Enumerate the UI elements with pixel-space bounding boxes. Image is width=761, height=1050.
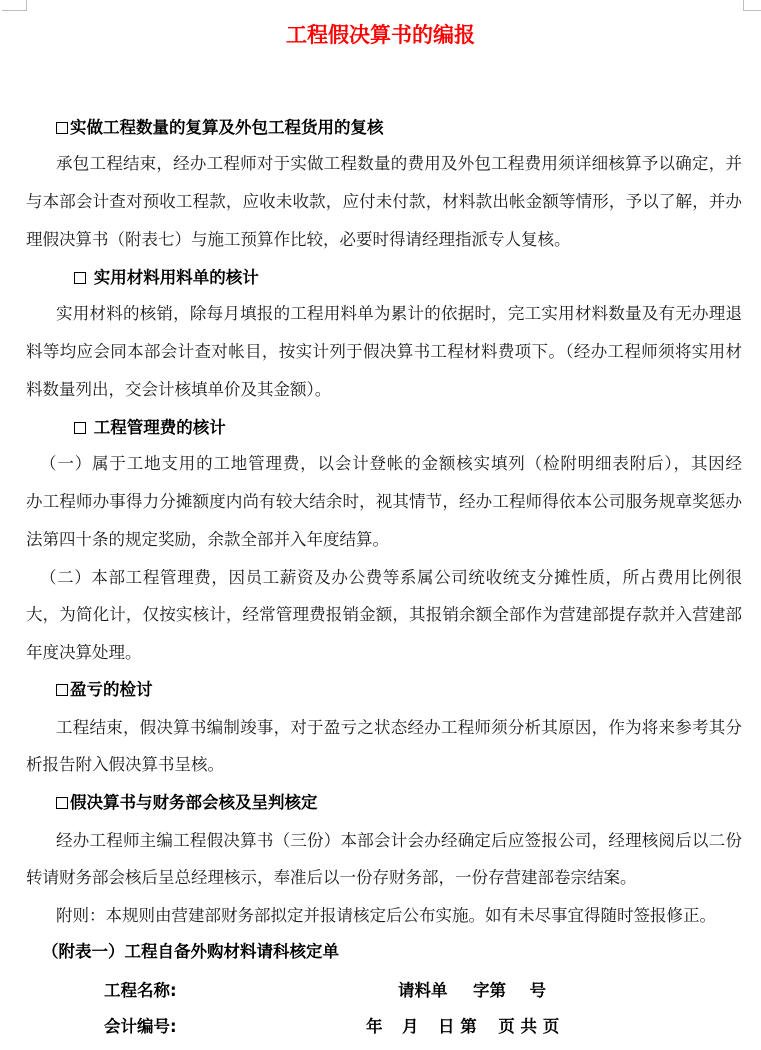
page-corner-mark-top-right xyxy=(743,0,761,11)
number-label: 号 xyxy=(530,979,547,1003)
document-title: 工程假决算书的编报 xyxy=(0,20,761,50)
checkbox-bullet-icon xyxy=(74,272,86,284)
page-number-label: 第 xyxy=(460,1015,477,1039)
paragraph-line: （一）属于工地支用的工地管理费，以会计登帐的金额核实填列（检附明细表附后），其因… xyxy=(40,452,742,476)
requisition-label: 请料单 xyxy=(398,979,448,1003)
section-heading-text: 实用材料用料单的核计 xyxy=(94,268,259,287)
paragraph-line: 与本部会计查对预收工程款，应收未收款，应付未付款，材料款出帐金额等情形，予以了解… xyxy=(26,190,742,214)
paragraph-line: 办工程师办事得力分摊额度内尚有较大结余时，视其情节，经办工程师得依本公司服务规章… xyxy=(26,490,742,514)
appendix-title: （附表一）工程自备外购材料请科核定单 xyxy=(42,940,339,964)
paragraph-line: 大，为简化计，仅按实核计，经常管理费报销金额，其报销余额全部作为营建部提存款并入… xyxy=(26,603,742,627)
month-label: 月 xyxy=(402,1015,419,1039)
paragraph-line: 承包工程结束，经办工程师对于实做工程数量的费用及外包工程费用须详细核算予以确定，… xyxy=(56,152,742,176)
checkbox-bullet-icon xyxy=(56,122,68,134)
paragraph-line: 工程结束，假决算书编制竣事，对于盈亏之状态经办工程师须分析其原因，作为将来参考其… xyxy=(56,716,742,740)
checkbox-bullet-icon xyxy=(74,422,86,434)
paragraph-line: 法第四十条的规定奖励，余款全部并入年度结算。 xyxy=(26,528,389,552)
checkbox-bullet-icon xyxy=(56,797,68,809)
paragraph-line: 经办工程师主编工程假决算书（三份）本部会计会办经确定后应签报公司，经理核阅后以二… xyxy=(56,829,742,853)
paragraph-line: 转请财务部会核后呈总经理核示，奉准后以一份存财务部，一份存营建部卷宗结案。 xyxy=(26,866,637,890)
section-heading-material-usage: 实用材料用料单的核计 xyxy=(74,266,259,290)
total-label: 共 xyxy=(521,1015,538,1039)
section-heading-text: 工程管理费的核计 xyxy=(94,418,226,437)
paragraph-line: 理假决算书（附表七）与施工预算作比较，必要时得请经理指派专人复核。 xyxy=(26,228,571,252)
paragraph-line: （二）本部工程管理费，因员工薪资及办公费等系属公司统收统支分摊性质，所占费用比例… xyxy=(40,566,742,590)
section-heading-finance-review: 假决算书与财务部会核及呈判核定 xyxy=(56,791,318,815)
page-label: 页 xyxy=(498,1015,515,1039)
supplementary-provision: 附则：本规则由营建部财务部拟定并报请核定后公布实施。如有未尽事宜得随时签报修正。 xyxy=(56,904,716,928)
section-heading-text: 盈亏的检讨 xyxy=(70,680,153,699)
accounting-number-label: 会计编号: xyxy=(104,1015,177,1039)
paragraph-line: 料数量列出，交会计核填单价及其金额）。 xyxy=(26,378,331,402)
paragraph-line: 年度决算处理。 xyxy=(26,641,142,665)
section-heading-text: 实做工程数量的复算及外包工程货用的复核 xyxy=(70,118,384,137)
day-label: 日 xyxy=(438,1015,455,1039)
section-heading-profit-loss: 盈亏的检讨 xyxy=(56,678,153,702)
section-heading-text: 假决算书与财务部会核及呈判核定 xyxy=(70,793,318,812)
total-page-label: 页 xyxy=(543,1015,560,1039)
requisition-number-field: 请料单 字第 号 xyxy=(398,979,546,1003)
project-name-label: 工程名称: xyxy=(104,979,177,1003)
year-label: 年 xyxy=(366,1015,383,1039)
section-heading-management-fee: 工程管理费的核计 xyxy=(74,416,226,440)
checkbox-bullet-icon xyxy=(56,684,68,696)
date-page-field: 年 月 日 第 页 共 页 xyxy=(366,1015,559,1039)
page-corner-mark-top-left xyxy=(2,0,27,11)
paragraph-line: 实用材料的核销，除每月填报的工程用料单为累计的依据时，完工实用材料数量及有无办理… xyxy=(56,302,742,326)
paragraph-line: 析报告附入假决算书呈核。 xyxy=(26,753,224,777)
section-heading-quantity-review: 实做工程数量的复算及外包工程货用的复核 xyxy=(56,116,384,140)
word-label: 字第 xyxy=(473,979,506,1003)
paragraph-line: 料等均应会同本部会计查对帐目，按实计列于假决算书工程材料费项下。（经办工程师须将… xyxy=(26,340,742,364)
